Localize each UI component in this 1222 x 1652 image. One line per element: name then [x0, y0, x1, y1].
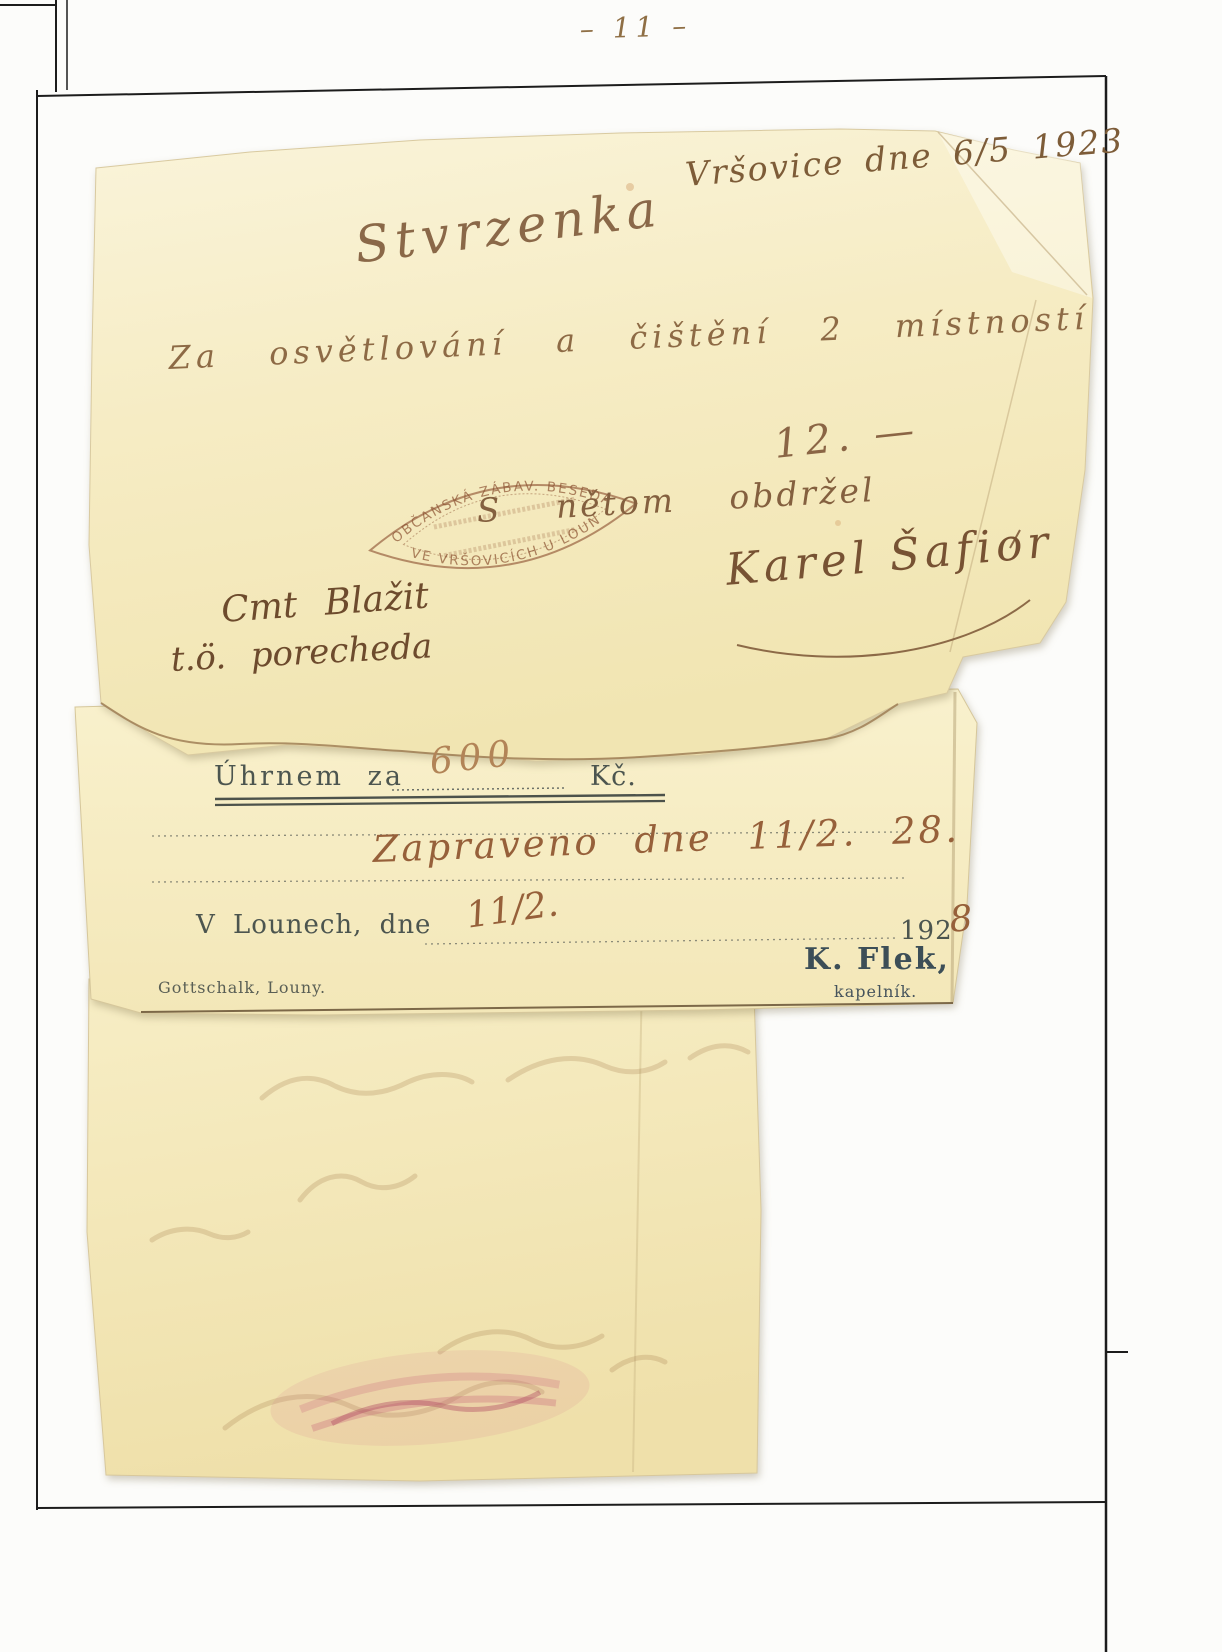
form-total-value: 600	[428, 735, 518, 782]
page-number: – 11 –	[545, 10, 726, 46]
form-year-written: 8	[948, 900, 974, 940]
paper-back-sheet	[87, 963, 761, 1481]
form-signer-role: kapelník.	[834, 984, 917, 1001]
form-total-label: Úhrnem za	[214, 763, 404, 791]
scanned-album-page: OBČANSKÁ ZÁBAV. BESEDA VE VRŠOVICÍCH U L…	[0, 0, 1222, 1652]
form-printer-credit: Gottschalk, Louny.	[158, 980, 326, 997]
form-currency-label: Kč.	[590, 763, 637, 791]
form-place-label: V Lounech, dne	[196, 912, 431, 939]
form-signer-name: K. Flek,	[804, 944, 950, 976]
foxing-spot	[835, 520, 841, 526]
